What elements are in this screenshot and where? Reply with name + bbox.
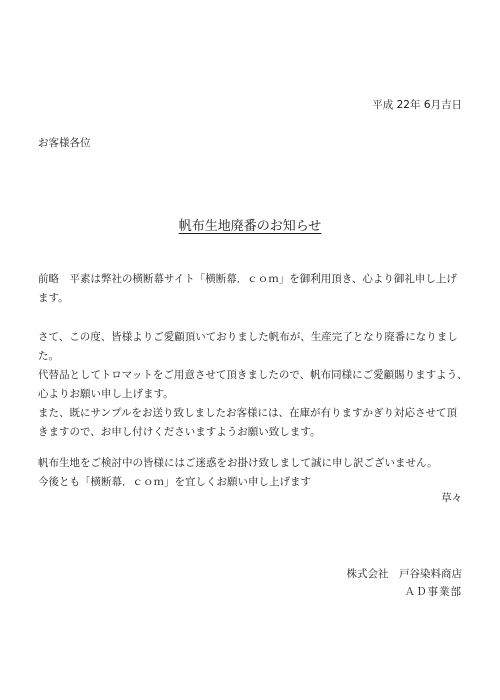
addressee: お客様各位 <box>38 135 91 150</box>
paragraph-apology: 帆布生地をご検討中の皆様にはご迷惑をお掛け致しまして誠に申し訳ございません。 今… <box>38 454 468 492</box>
body-line: 前略 平素は弊社の横断幕サイト「横断幕．ｃｏｍ」を御利用頂き、心より御礼申し上げ <box>38 270 468 289</box>
body-line: 代替品としてトロマットをご用意させて頂きましたので、帆布同様にご愛顧賜りますよう… <box>38 366 468 385</box>
paragraph-greeting: 前略 平素は弊社の横断幕サイト「横断幕．ｃｏｍ」を御利用頂き、心より御礼申し上げ… <box>38 270 468 308</box>
closing-remark: 草々 <box>441 490 462 505</box>
body-line: 帆布生地をご検討中の皆様にはご迷惑をお掛け致しまして誠に申し訳ございません。 <box>38 454 468 473</box>
signature-company: 株式会社 戸谷染料商店 <box>347 566 463 581</box>
body-line: きますので、お申し付けくださいますようお願い致します。 <box>38 423 468 442</box>
body-line: さて、この度、皆様よりご愛顧頂いておりました帆布が、生産完了となり廃番になりまし <box>38 328 468 347</box>
letter-date: 平成 22年 6月吉日 <box>372 97 462 112</box>
letter-title: 帆布生地廃番のお知らせ <box>0 215 500 234</box>
body-line: また、既にサンプルをお送り致しましたお客様には、在庫が有りますかぎり対応させて頂 <box>38 404 468 423</box>
body-line: 今後とも「横断幕．ｃｏｍ」を宜しくお願い申し上げます <box>38 473 468 492</box>
body-line: 心よりお願い申し上げます。 <box>38 385 468 404</box>
signature-department: ＡＤ事業部 <box>405 584 463 599</box>
paragraph-announcement: さて、この度、皆様よりご愛顧頂いておりました帆布が、生産完了となり廃番になりまし… <box>38 328 468 442</box>
body-line: た。 <box>38 347 468 366</box>
body-line: ます。 <box>38 289 468 308</box>
